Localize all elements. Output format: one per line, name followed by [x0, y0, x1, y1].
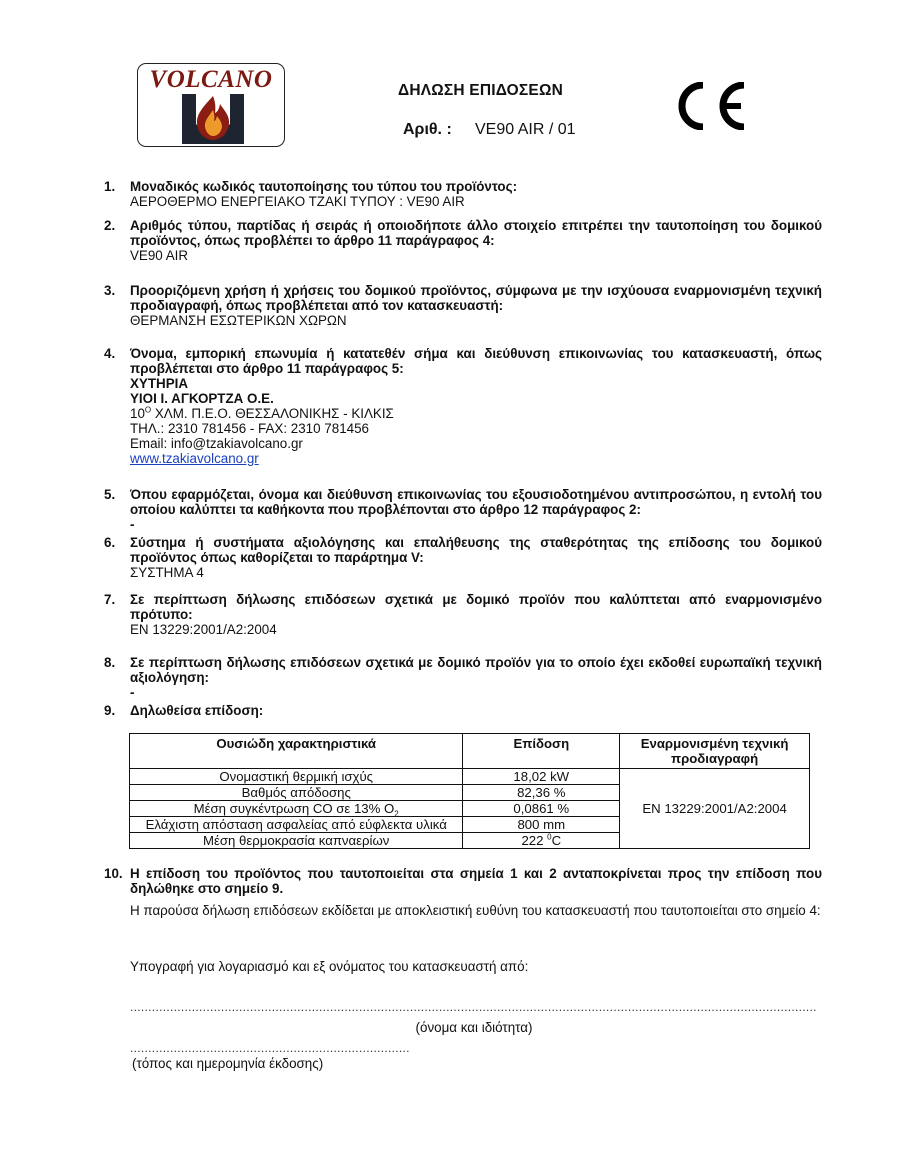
company-website-link[interactable]: www.tzakiavolcano.gr: [130, 451, 259, 466]
section-number: 3.: [104, 283, 115, 298]
section-2: 2. Αριθμός τύπου, παρτίδας ή σειράς ή οπ…: [104, 218, 822, 263]
characteristic-cell: Ελάχιστη απόσταση ασφαλείας από εύφλεκτα…: [130, 817, 463, 833]
characteristic-cell: Ονομαστική θερμική ισχύς: [130, 769, 463, 785]
table-row: Ονομαστική θερμική ισχύς 18,02 kW EN 132…: [130, 769, 810, 785]
logo-text: VOLCANO: [138, 66, 284, 94]
section-5: 5. Όπου εφαρμόζεται, όνομα και διεύθυνση…: [104, 487, 822, 532]
place-date-caption: (τόπος και ημερομηνία έκδοσης): [132, 1056, 323, 1071]
specification-cell: EN 13229:2001/A2:2004: [620, 769, 810, 849]
name-title-caption: (όνομα και ιδιότητα): [130, 1020, 818, 1035]
responsibility-statement: Η παρούσα δήλωση επιδόσεων εκδίδεται με …: [130, 903, 822, 918]
section-number: 1.: [104, 179, 115, 194]
section-question: Η επίδοση του προϊόντος που ταυτοποιείτα…: [130, 866, 822, 896]
performance-cell: 0,0861 %: [463, 801, 620, 817]
section-answer: VE90 AIR: [130, 248, 822, 263]
performance-cell: 800 mm: [463, 817, 620, 833]
section-number: 4.: [104, 346, 115, 361]
section-question: Προοριζόμενη χρήση ή χρήσεις του δομικού…: [130, 283, 822, 313]
section-number: 2.: [104, 218, 115, 233]
section-question: Όνομα, εμπορική επωνυμία ή κατατεθέν σήμ…: [130, 346, 822, 376]
section-6: 6. Σύστημα ή συστήματα αξιολόγησης και ε…: [104, 535, 822, 580]
ce-mark-icon: [673, 82, 747, 135]
performance-table: Ουσιώδη χαρακτηριστικά Επίδοση Εναρμονισ…: [129, 733, 810, 849]
table-header-row: Ουσιώδη χαρακτηριστικά Επίδοση Εναρμονισ…: [130, 734, 810, 769]
section-question: Μοναδικός κωδικός ταυτοποίησης του τύπου…: [130, 179, 822, 194]
document-number-label: Αριθ. :: [403, 121, 452, 139]
section-question: Όπου εφαρμόζεται, όνομα και διεύθυνση επ…: [130, 487, 822, 517]
section-number: 8.: [104, 655, 115, 670]
characteristic-cell: Μέση συγκέντρωση CO σε 13% O2: [130, 801, 463, 817]
section-10: 10. Η επίδοση του προϊόντος που ταυτοποι…: [104, 866, 822, 896]
section-answer: -: [130, 685, 822, 700]
characteristic-cell: Μέση θερμοκρασία καπναερίων: [130, 833, 463, 849]
signature-prompt: Υπογραφή για λογαριασμό και εξ ονόματος …: [130, 959, 822, 974]
section-9: 9. Δηλωθείσα επίδοση:: [104, 703, 822, 718]
section-question: Σύστημα ή συστήματα αξιολόγησης και επαλ…: [130, 535, 822, 565]
company-email: Email: info@tzakiavolcano.gr: [130, 436, 822, 451]
performance-cell: 18,02 kW: [463, 769, 620, 785]
section-1: 1. Μοναδικός κωδικός ταυτοποίησης του τύ…: [104, 179, 822, 209]
section-answer: EN 13229:2001/A2:2004: [130, 622, 822, 637]
header-characteristics: Ουσιώδη χαρακτηριστικά: [130, 734, 463, 769]
section-answer: ΘΕΡΜΑΝΣΗ ΕΣΩΤΕΡΙΚΩΝ ΧΩΡΩΝ: [130, 313, 822, 328]
section-question: Αριθμός τύπου, παρτίδας ή σειράς ή οποιο…: [130, 218, 822, 248]
signature-line: ........................................…: [130, 1000, 818, 1014]
document-title: ΔΗΛΩΣΗ ΕΠΙΔΟΣΕΩΝ: [398, 82, 563, 100]
section-answer: ΣΥΣΤΗΜΑ 4: [130, 565, 822, 580]
header-specification: Εναρμονισμένη τεχνική προδιαγραφή: [620, 734, 810, 769]
section-question: Σε περίπτωση δήλωσης επιδόσεων σχετικά μ…: [130, 592, 822, 622]
section-number: 5.: [104, 487, 115, 502]
section-number: 9.: [104, 703, 115, 718]
company-name-line2: ΥΙΟΙ Ι. ΑΓΚΟΡΤΖΑ Ο.Ε.: [130, 391, 822, 406]
company-phone: ΤΗΛ.: 2310 781456 - FAX: 2310 781456: [130, 421, 822, 436]
performance-cell: 222 0C: [463, 833, 620, 849]
characteristic-cell: Βαθμός απόδοσης: [130, 785, 463, 801]
volcano-logo: VOLCANO: [137, 63, 285, 147]
section-question: Σε περίπτωση δήλωσης επιδόσεων σχετικά μ…: [130, 655, 822, 685]
section-number: 7.: [104, 592, 115, 607]
section-answer: -: [130, 517, 822, 532]
section-7: 7. Σε περίπτωση δήλωσης επιδόσεων σχετικ…: [104, 592, 822, 637]
header-performance: Επίδοση: [463, 734, 620, 769]
section-4: 4. Όνομα, εμπορική επωνυμία ή κατατεθέν …: [104, 346, 822, 466]
place-date-line: ........................................…: [130, 1041, 410, 1055]
section-8: 8. Σε περίπτωση δήλωσης επιδόσεων σχετικ…: [104, 655, 822, 700]
performance-cell: 82,36 %: [463, 785, 620, 801]
company-name-line1: ΧΥΤΗΡΙΑ: [130, 376, 822, 391]
flame-icon: [182, 94, 244, 144]
section-question: Δηλωθείσα επίδοση:: [130, 703, 822, 718]
section-number: 6.: [104, 535, 115, 550]
section-number: 10.: [104, 866, 123, 881]
section-3: 3. Προοριζόμενη χρήση ή χρήσεις του δομι…: [104, 283, 822, 328]
section-answer: ΑΕΡΟΘΕΡΜΟ ΕΝΕΡΓΕΙΑΚΟ ΤΖΑΚΙ ΤΥΠΟΥ : VE90 …: [130, 194, 822, 209]
company-address: 10Ο ΧΛΜ. Π.Ε.Ο. ΘΕΣΣΑΛΟΝΙΚΗΣ - ΚΙΛΚΙΣ: [130, 406, 822, 421]
document-number-value: VE90 AIR / 01: [475, 121, 576, 139]
